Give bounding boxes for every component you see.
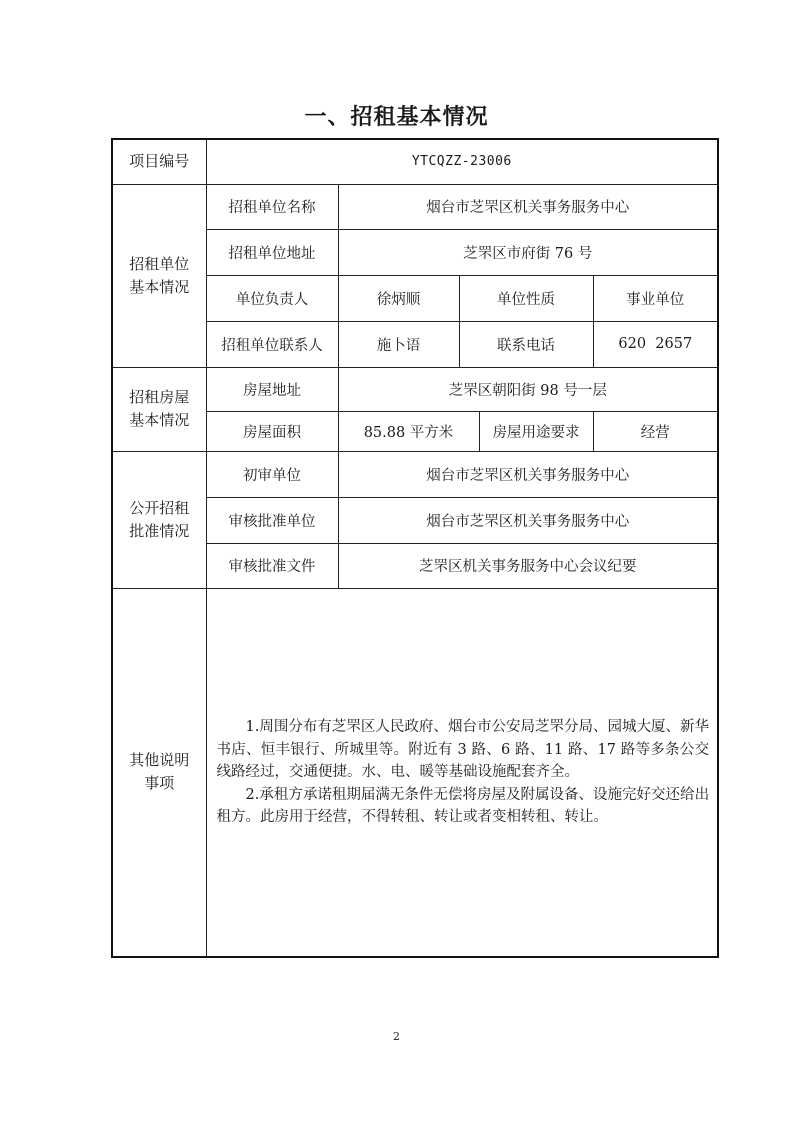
lessor-contact-value: 施卜语 (338, 321, 459, 367)
approval-label-line2: 批准情况 (113, 520, 206, 543)
notes-content: 1.周围分布有芝罘区人民政府、烟台市公安局芝罘分局、园城大厦、新华书店、恒丰银行… (206, 588, 718, 957)
lessor-phone-value: 620 2657 (593, 321, 718, 367)
project-number-value: YTCQZZ-23006 (206, 139, 718, 184)
lessor-address-label: 招租单位地址 (206, 229, 338, 275)
approval-section-label: 公开招租 批准情况 (112, 451, 206, 588)
notes-paragraph-1: 1.周围分布有芝罘区人民政府、烟台市公安局芝罘分局、园城大厦、新华书店、恒丰银行… (217, 716, 710, 784)
notes-paragraph-2: 2.承租方承诺租期届满无条件无偿将房屋及附属设备、设施完好交还给出租方。此房用于… (217, 784, 710, 829)
lessor-phone-label: 联系电话 (459, 321, 593, 367)
lessor-name-label: 招租单位名称 (206, 184, 338, 229)
house-usage-label: 房屋用途要求 (479, 411, 593, 451)
lessor-contact-label: 招租单位联系人 (206, 321, 338, 367)
lessor-section-label: 招租单位 基本情况 (112, 184, 206, 367)
house-area-label: 房屋面积 (206, 411, 338, 451)
lessor-head-label: 单位负责人 (206, 275, 338, 321)
house-label-line1: 招租房屋 (113, 386, 206, 409)
page-title: 一、招租基本情况 (0, 100, 793, 131)
lessor-address-value: 芝罘区市府街 76 号 (338, 229, 718, 275)
approval-label-line1: 公开招租 (113, 497, 206, 520)
approval-unit-label: 审核批准单位 (206, 497, 338, 543)
house-address-value: 芝罘区朝阳街 98 号一层 (338, 367, 718, 411)
house-label-line2: 基本情况 (113, 409, 206, 432)
approval-doc-value: 芝罘区机关事务服务中心会议纪要 (338, 543, 718, 588)
notes-label-line2: 事项 (113, 772, 206, 795)
page-number: 2 (0, 1030, 793, 1043)
approval-doc-label: 审核批准文件 (206, 543, 338, 588)
lessor-head-value: 徐炳顺 (338, 275, 459, 321)
lessor-label-line2: 基本情况 (113, 276, 206, 299)
lessor-nature-label: 单位性质 (459, 275, 593, 321)
initial-review-value: 烟台市芝罘区机关事务服务中心 (338, 451, 718, 497)
project-number-label: 项目编号 (112, 139, 206, 184)
notes-label-line1: 其他说明 (113, 749, 206, 772)
lessor-nature-value: 事业单位 (593, 275, 718, 321)
approval-unit-value: 烟台市芝罘区机关事务服务中心 (338, 497, 718, 543)
lessor-label-line1: 招租单位 (113, 253, 206, 276)
initial-review-label: 初审单位 (206, 451, 338, 497)
house-section-label: 招租房屋 基本情况 (112, 367, 206, 451)
rental-info-table: 项目编号 YTCQZZ-23006 招租单位 基本情况 招租单位名称 烟台市芝罘… (111, 138, 719, 958)
house-usage-value: 经营 (593, 411, 718, 451)
notes-section-label: 其他说明 事项 (112, 588, 206, 957)
lessor-name-value: 烟台市芝罘区机关事务服务中心 (338, 184, 718, 229)
house-area-value: 85.88 平方米 (338, 411, 479, 451)
house-address-label: 房屋地址 (206, 367, 338, 411)
